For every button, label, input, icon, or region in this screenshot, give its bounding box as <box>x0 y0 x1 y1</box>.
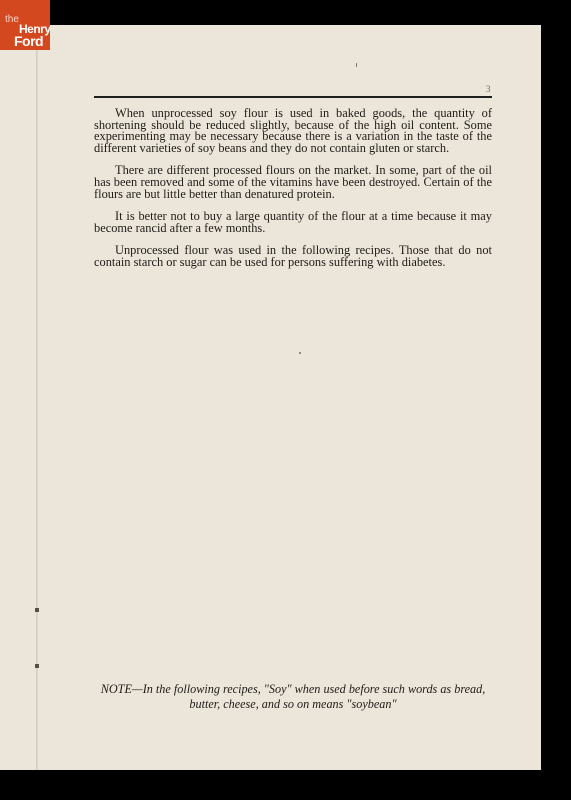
paper-speck <box>356 63 357 67</box>
header-rule <box>94 96 492 98</box>
paragraph: There are different processed flours on … <box>94 165 492 200</box>
body-text: When unprocessed soy flour is used in ba… <box>94 108 492 280</box>
logo-the: the <box>5 14 19 25</box>
page-spine-fold <box>36 25 38 770</box>
paragraph: Unprocessed flour was used in the follow… <box>94 245 492 268</box>
footnote: NOTE—In the following recipes, "Soy" whe… <box>94 682 492 712</box>
paragraph: It is better not to buy a large quantity… <box>94 211 492 234</box>
henry-ford-logo: the Henry Ford <box>0 0 50 50</box>
paper-speck <box>299 352 301 354</box>
binding-mark <box>35 608 39 612</box>
page-number: 3 <box>486 84 491 94</box>
paragraph: When unprocessed soy flour is used in ba… <box>94 108 492 154</box>
logo-ford: Ford <box>14 33 43 49</box>
binding-mark <box>35 664 39 668</box>
